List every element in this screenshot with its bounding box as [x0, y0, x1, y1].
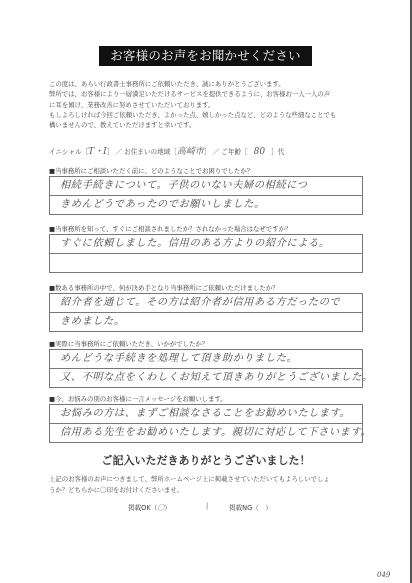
initial-label: イニシャル［ [49, 148, 88, 156]
publish-consent-text: 上記のお客様のお声につきまして、弊所ホームページ上に掲載させていただいてもよろし… [49, 474, 369, 495]
publish-ng-option[interactable]: 掲載NG（ ） [229, 502, 272, 512]
intro-line: もしよろしければ今回ご依頼いただき、よかった点、嬉しかった点など、どのような些細… [49, 110, 369, 120]
question-label: ■当事務所を知って、すぐにご相談されましたか？されなかった場合はなぜですか？ [49, 224, 291, 233]
consent-line: 上記のお客様のお声につきまして、弊所ホームページ上に掲載させていただいてもよろし… [49, 474, 369, 485]
customer-profile: イニシャル［T・I］ ／ お住まいの地域［高崎市］ ／ ご年齢［80］代 [49, 144, 284, 157]
consent-line: うか？どちらかに〇印をお付けくださいませ。 [49, 485, 369, 496]
answer-box[interactable]: すぐに依頼しました。信用のある方よりの紹介による。 [49, 234, 363, 273]
answer-line: お悩みの方は、まずご相談なさることをお勧めいたします。 [60, 405, 350, 423]
intro-text: この度は、あらい行政書士事務所にご依頼いただき、誠にありがとうございます。 弊所… [49, 79, 369, 130]
answer-line: すぐに依頼しました。信用のある方よりの紹介による。 [60, 235, 330, 253]
intro-line: 構いませんので、教えていただけますと幸いです。 [49, 120, 369, 130]
page-number: 049 [377, 571, 390, 579]
answer-line: めんどうな手続きを処理して頂き助かりました。 [60, 350, 297, 368]
answer-box[interactable]: めんどうな手続きを処理して頂き助かりました。 又、不明な点をくわしくお知えて頂き… [49, 349, 363, 388]
intro-line: 弊所では、お客様により一層満足いただけるサービスを提供できるように、お客様お一人… [49, 89, 369, 99]
publish-ok-option[interactable]: 掲載OK（〇） [128, 502, 171, 513]
answer-line: 紹介者を通じて。その方は紹介者が信用ある方だったので [60, 294, 340, 312]
age-suffix: ］代 [271, 148, 284, 156]
answer-line: きめました。 [60, 313, 125, 331]
answer-line: 又、不明な点をくわしくお知えて頂きありがとうございました。 [60, 369, 373, 387]
thanks-heading: ご記入いただきありがとうございました！ [0, 452, 412, 468]
question-label: ■今、お悩みの別のお客様に一言メッセージをお願いします。 [49, 394, 227, 403]
option-divider: | [206, 502, 208, 510]
intro-line: に耳を傾け、業務改善に努めさせていただいております。 [49, 100, 369, 110]
page-title: お客様のお声をお聞かせください [99, 46, 312, 66]
question-label: ■当事務所にご相談いただく前に、どのようなことでお困りでしたか？ [49, 166, 253, 175]
initial-field[interactable]: T・I [88, 147, 107, 157]
question-label: ■数ある事務所の中で、何が決め手となり当事務所にご依頼いただけましたか？ [49, 283, 279, 292]
answer-line: 相続手続きについて。子供のいない夫婦の相続につ [60, 177, 308, 195]
answer-line: 信用ある先生をお勧めいたします。親切に対応して下さいます。 [60, 424, 371, 442]
intro-line: この度は、あらい行政書士事務所にご依頼いただき、誠にありがとうございます。 [49, 79, 369, 89]
answer-box[interactable]: 紹介者を通じて。その方は紹介者が信用ある方だったので きめました。 [49, 293, 363, 332]
answer-box[interactable]: 相続手続きについて。子供のいない夫婦の相続につ きめんどうであったのでお願いしま… [49, 176, 363, 215]
age-field[interactable]: 80 [248, 147, 271, 157]
answer-box[interactable]: お悩みの方は、まずご相談なさることをお勧めいたします。 信用ある先生をお勧めいた… [49, 404, 363, 443]
area-field[interactable]: 高崎市 [177, 147, 204, 157]
question-label: ■実際に当事務所にご依頼いただき、いかがでしたか？ [49, 339, 208, 348]
age-label: ］ ／ ご年齢［ [204, 148, 248, 156]
answer-line: きめんどうであったのでお願いしました。 [60, 196, 265, 214]
area-label: ］ ／ お住まいの地域［ [107, 148, 177, 156]
